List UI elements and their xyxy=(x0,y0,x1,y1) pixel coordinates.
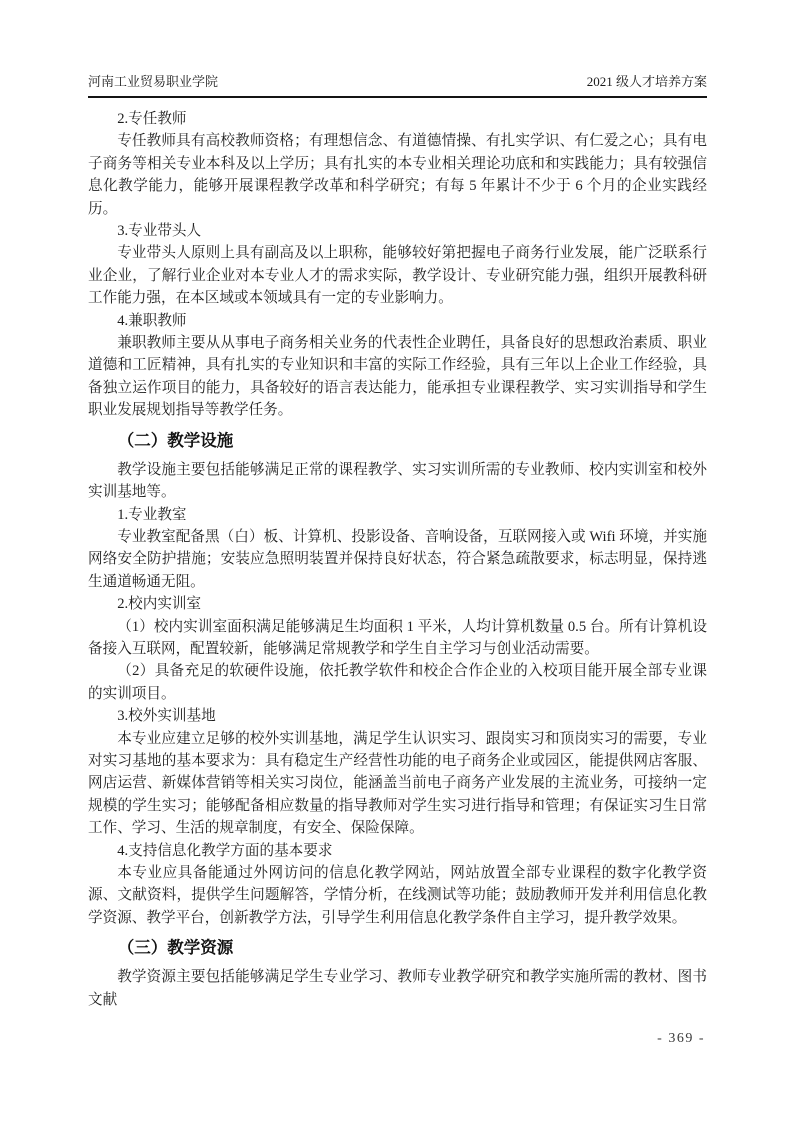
numbered-subheading: 1.专业教室 xyxy=(88,504,707,526)
paragraph: 专业教室配备黑（白）板、计算机、投影设备、音响设备，互联网接入或 Wifi 环境… xyxy=(88,526,707,593)
numbered-subheading: 4.兼职教师 xyxy=(88,310,707,332)
paragraph: 专业带头人原则上具有副高及以上职称，能够较好第把握电子商务行业发展，能广泛联系行… xyxy=(88,242,707,309)
document-body: 2.专任教师专任教师具有高校教师资格；有理想信念、有道德情操、有扎实学识、有仁爱… xyxy=(88,108,707,1011)
numbered-subheading: 2.专任教师 xyxy=(88,108,707,130)
header-document-title: 2021 级人才培养方案 xyxy=(587,71,707,90)
paragraph: 本专业应具备能通过外网访问的信息化教学网站，网站放置全部专业课程的数字化教学资源… xyxy=(88,862,707,929)
paragraph: （1）校内实训室面积满足能够满足生均面积 1 平米，人均计算机数量 0.5 台。… xyxy=(88,616,707,661)
numbered-subheading: 2.校内实训室 xyxy=(88,593,707,615)
numbered-subheading: 3.专业带头人 xyxy=(88,220,707,242)
numbered-subheading: 4.支持信息化教学方面的基本要求 xyxy=(88,840,707,862)
numbered-subheading: 3.校外实训基地 xyxy=(88,705,707,727)
header-school-name: 河南工业贸易职业学院 xyxy=(88,71,218,90)
paragraph: 教学设施主要包括能够满足正常的课程教学、实习实训所需的专业教师、校内实训室和校外… xyxy=(88,459,707,504)
paragraph: 本专业应建立足够的校外实训基地，满足学生认识实习、跟岗实习和顶岗实习的需要，专业… xyxy=(88,728,707,840)
paragraph: 兼职教师主要从从事电子商务相关业务的代表性企业聘任，具备良好的思想政治素质、职业… xyxy=(88,332,707,422)
paragraph: （2）具备充足的软硬件设施，依托教学软件和校企合作企业的入校项目能开展全部专业课… xyxy=(88,660,707,705)
section-heading: （二）教学设施 xyxy=(88,429,707,453)
page-number: - 369 - xyxy=(657,1031,705,1047)
section-heading: （三）教学资源 xyxy=(88,936,707,960)
paragraph: 专任教师具有高校教师资格；有理想信念、有道德情操、有扎实学识、有仁爱之心；具有电… xyxy=(88,130,707,220)
page-header: 河南工业贸易职业学院 2021 级人才培养方案 xyxy=(88,71,707,98)
document-page: 河南工业贸易职业学院 2021 级人才培养方案 2.专任教师专任教师具有高校教师… xyxy=(0,0,793,1122)
paragraph: 教学资源主要包括能够满足学生专业学习、教师专业教学研究和教学实施所需的教材、图书… xyxy=(88,966,707,1011)
